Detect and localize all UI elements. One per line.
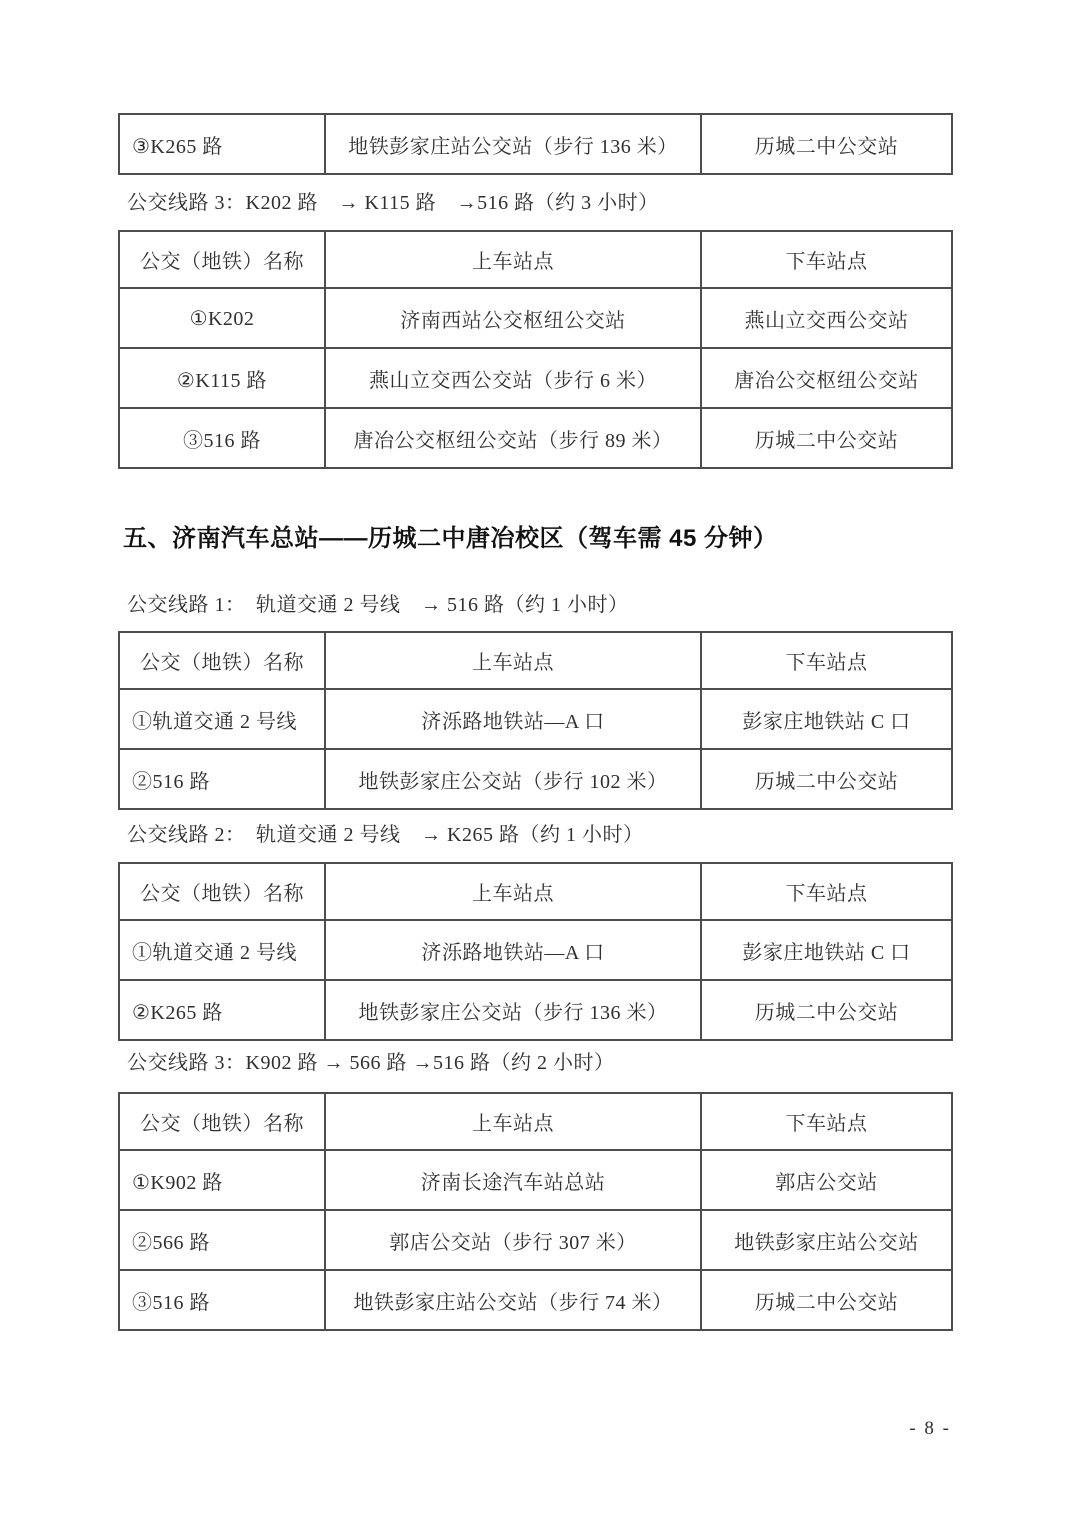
table-row: ②K265 路 地铁彭家庄公交站（步行 136 米） 历城二中公交站: [119, 980, 952, 1040]
bus-route-table: 公交（地铁）名称 上车站点 下车站点 ①K902 路 济南长途汽车站总站 郭店公…: [118, 1092, 953, 1331]
route-name-cell: ③K265 路: [119, 114, 325, 174]
board-stop-cell: 地铁彭家庄公交站（步行 102 米）: [325, 749, 701, 809]
board-stop-cell: 郭店公交站（步行 307 米）: [325, 1210, 701, 1270]
board-stop-cell: 唐冶公交枢纽公交站（步行 89 米）: [325, 408, 701, 468]
header-alight: 下车站点: [701, 863, 952, 920]
alight-stop-cell: 历城二中公交站: [701, 749, 952, 809]
alight-stop-cell: 彭家庄地铁站 C 口: [701, 920, 952, 980]
table-row: ③516 路 地铁彭家庄站公交站（步行 74 米） 历城二中公交站: [119, 1270, 952, 1330]
header-name: 公交（地铁）名称: [119, 863, 325, 920]
header-board: 上车站点: [325, 863, 701, 920]
header-board: 上车站点: [325, 632, 701, 689]
board-stop-cell: 济泺路地铁站—A 口: [325, 920, 701, 980]
table-row: ①K902 路 济南长途汽车站总站 郭店公交站: [119, 1150, 952, 1210]
route-name-cell: ①K202: [119, 288, 325, 348]
board-stop-cell: 地铁彭家庄公交站（步行 136 米）: [325, 980, 701, 1040]
board-stop-cell: 济南西站公交枢纽公交站: [325, 288, 701, 348]
route-line-label: 公交线路 3：K902 路 → 566 路 →516 路（约 2 小时）: [127, 1046, 614, 1075]
route-name-cell: ②566 路: [119, 1210, 325, 1270]
alight-stop-cell: 燕山立交西公交站: [701, 288, 952, 348]
route-name-cell: ③516 路: [119, 408, 325, 468]
route-name-cell: ③516 路: [119, 1270, 325, 1330]
table-row: ①K202 济南西站公交枢纽公交站 燕山立交西公交站: [119, 288, 952, 348]
board-stop-cell: 地铁彭家庄站公交站（步行 136 米）: [325, 114, 701, 174]
table-row: ②566 路 郭店公交站（步行 307 米） 地铁彭家庄站公交站: [119, 1210, 952, 1270]
alight-stop-cell: 历城二中公交站: [701, 980, 952, 1040]
table-row: ③516 路 唐冶公交枢纽公交站（步行 89 米） 历城二中公交站: [119, 408, 952, 468]
board-stop-cell: 燕山立交西公交站（步行 6 米）: [325, 348, 701, 408]
route-name-cell: ①轨道交通 2 号线: [119, 920, 325, 980]
alight-stop-cell: 郭店公交站: [701, 1150, 952, 1210]
bus-route-table: 公交（地铁）名称 上车站点 下车站点 ①轨道交通 2 号线 济泺路地铁站—A 口…: [118, 862, 953, 1041]
board-stop-cell: 地铁彭家庄站公交站（步行 74 米）: [325, 1270, 701, 1330]
header-board: 上车站点: [325, 231, 701, 288]
page-number: - 8 -: [909, 1418, 951, 1440]
route-name-cell: ①轨道交通 2 号线: [119, 689, 325, 749]
route-line-label: 公交线路 3：K202 路 → K115 路 →516 路（约 3 小时）: [127, 186, 659, 215]
table-header-row: 公交（地铁）名称 上车站点 下车站点: [119, 231, 952, 288]
route-line-label: 公交线路 1： 轨道交通 2 号线 → 516 路（约 1 小时）: [127, 588, 629, 617]
header-name: 公交（地铁）名称: [119, 231, 325, 288]
header-alight: 下车站点: [701, 632, 952, 689]
route-name-cell: ②K265 路: [119, 980, 325, 1040]
alight-stop-cell: 历城二中公交站: [701, 1270, 952, 1330]
table-row: ②K115 路 燕山立交西公交站（步行 6 米） 唐冶公交枢纽公交站: [119, 348, 952, 408]
alight-stop-cell: 历城二中公交站: [701, 408, 952, 468]
table-header-row: 公交（地铁）名称 上车站点 下车站点: [119, 1093, 952, 1150]
table-header-row: 公交（地铁）名称 上车站点 下车站点: [119, 863, 952, 920]
header-alight: 下车站点: [701, 231, 952, 288]
section-heading: 五、济南汽车总站——历城二中唐冶校区（驾车需 45 分钟）: [123, 518, 778, 553]
alight-stop-cell: 彭家庄地铁站 C 口: [701, 689, 952, 749]
table-row: ①轨道交通 2 号线 济泺路地铁站—A 口 彭家庄地铁站 C 口: [119, 689, 952, 749]
route-name-cell: ②K115 路: [119, 348, 325, 408]
route-name-cell: ①K902 路: [119, 1150, 325, 1210]
route-name-cell: ②516 路: [119, 749, 325, 809]
continued-route-table: ③K265 路 地铁彭家庄站公交站（步行 136 米） 历城二中公交站: [118, 113, 953, 175]
board-stop-cell: 济泺路地铁站—A 口: [325, 689, 701, 749]
header-alight: 下车站点: [701, 1093, 952, 1150]
alight-stop-cell: 唐冶公交枢纽公交站: [701, 348, 952, 408]
bus-route-table: 公交（地铁）名称 上车站点 下车站点 ①K202 济南西站公交枢纽公交站 燕山立…: [118, 230, 953, 469]
table-row: ③K265 路 地铁彭家庄站公交站（步行 136 米） 历城二中公交站: [119, 114, 952, 174]
bus-route-table: 公交（地铁）名称 上车站点 下车站点 ①轨道交通 2 号线 济泺路地铁站—A 口…: [118, 631, 953, 810]
header-name: 公交（地铁）名称: [119, 1093, 325, 1150]
board-stop-cell: 济南长途汽车站总站: [325, 1150, 701, 1210]
table-row: ②516 路 地铁彭家庄公交站（步行 102 米） 历城二中公交站: [119, 749, 952, 809]
alight-stop-cell: 地铁彭家庄站公交站: [701, 1210, 952, 1270]
document-page: ③K265 路 地铁彭家庄站公交站（步行 136 米） 历城二中公交站 公交线路…: [0, 0, 1080, 1527]
header-board: 上车站点: [325, 1093, 701, 1150]
header-name: 公交（地铁）名称: [119, 632, 325, 689]
table-row: ①轨道交通 2 号线 济泺路地铁站—A 口 彭家庄地铁站 C 口: [119, 920, 952, 980]
table-header-row: 公交（地铁）名称 上车站点 下车站点: [119, 632, 952, 689]
alight-stop-cell: 历城二中公交站: [701, 114, 952, 174]
route-line-label: 公交线路 2： 轨道交通 2 号线 → K265 路（约 1 小时）: [127, 818, 643, 847]
